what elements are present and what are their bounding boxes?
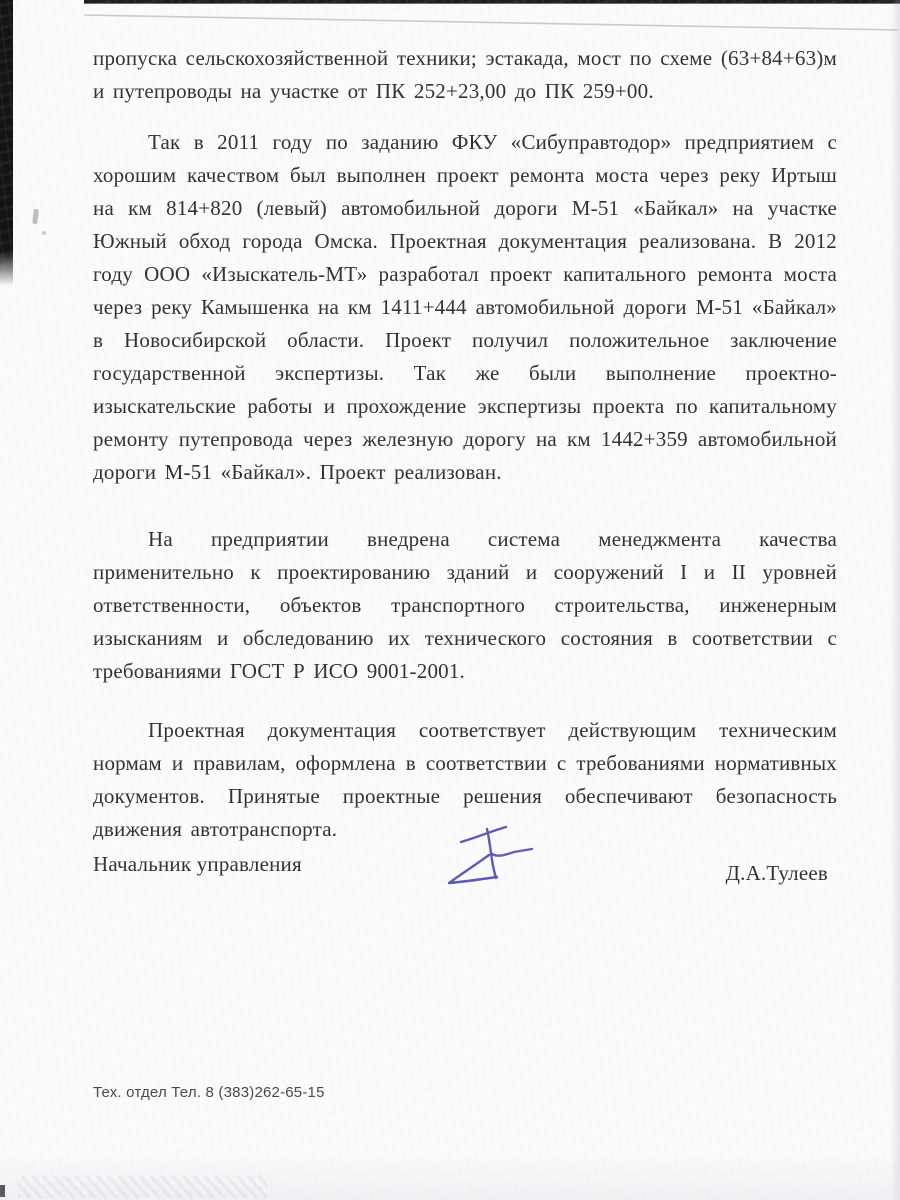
scan-artifact-right-shade bbox=[890, 0, 900, 1200]
scanned-document-page: пропуска сельскохозяйственной техники; э… bbox=[0, 0, 900, 1200]
scan-artifact-left-strip bbox=[0, 0, 13, 286]
paragraph-continuation: пропуска сельскохозяйственной техники; э… bbox=[93, 42, 837, 108]
scan-artifact-bottom-smudge bbox=[18, 1176, 268, 1198]
scan-artifact-bottom-mark bbox=[0, 1185, 5, 1197]
scan-speck bbox=[42, 231, 46, 235]
paragraph-projects-2011-2012: Так в 2011 году по заданию ФКУ «Сибуправ… bbox=[93, 126, 837, 489]
handwritten-signature-icon bbox=[438, 813, 548, 895]
scan-artifact-top-bar bbox=[84, 0, 900, 4]
footer-contact-note: Тех. отдел Тел. 8 (383)262-65-15 bbox=[93, 1084, 325, 1101]
paragraph-quality-system: На предприятии внедрена система менеджме… bbox=[93, 523, 837, 688]
signer-position-label: Начальник управления bbox=[93, 851, 302, 877]
scan-speck bbox=[32, 209, 39, 224]
letter-body: пропуска сельскохозяйственной техники; э… bbox=[93, 42, 837, 846]
signer-name: Д.А.Тулеев bbox=[726, 860, 828, 886]
